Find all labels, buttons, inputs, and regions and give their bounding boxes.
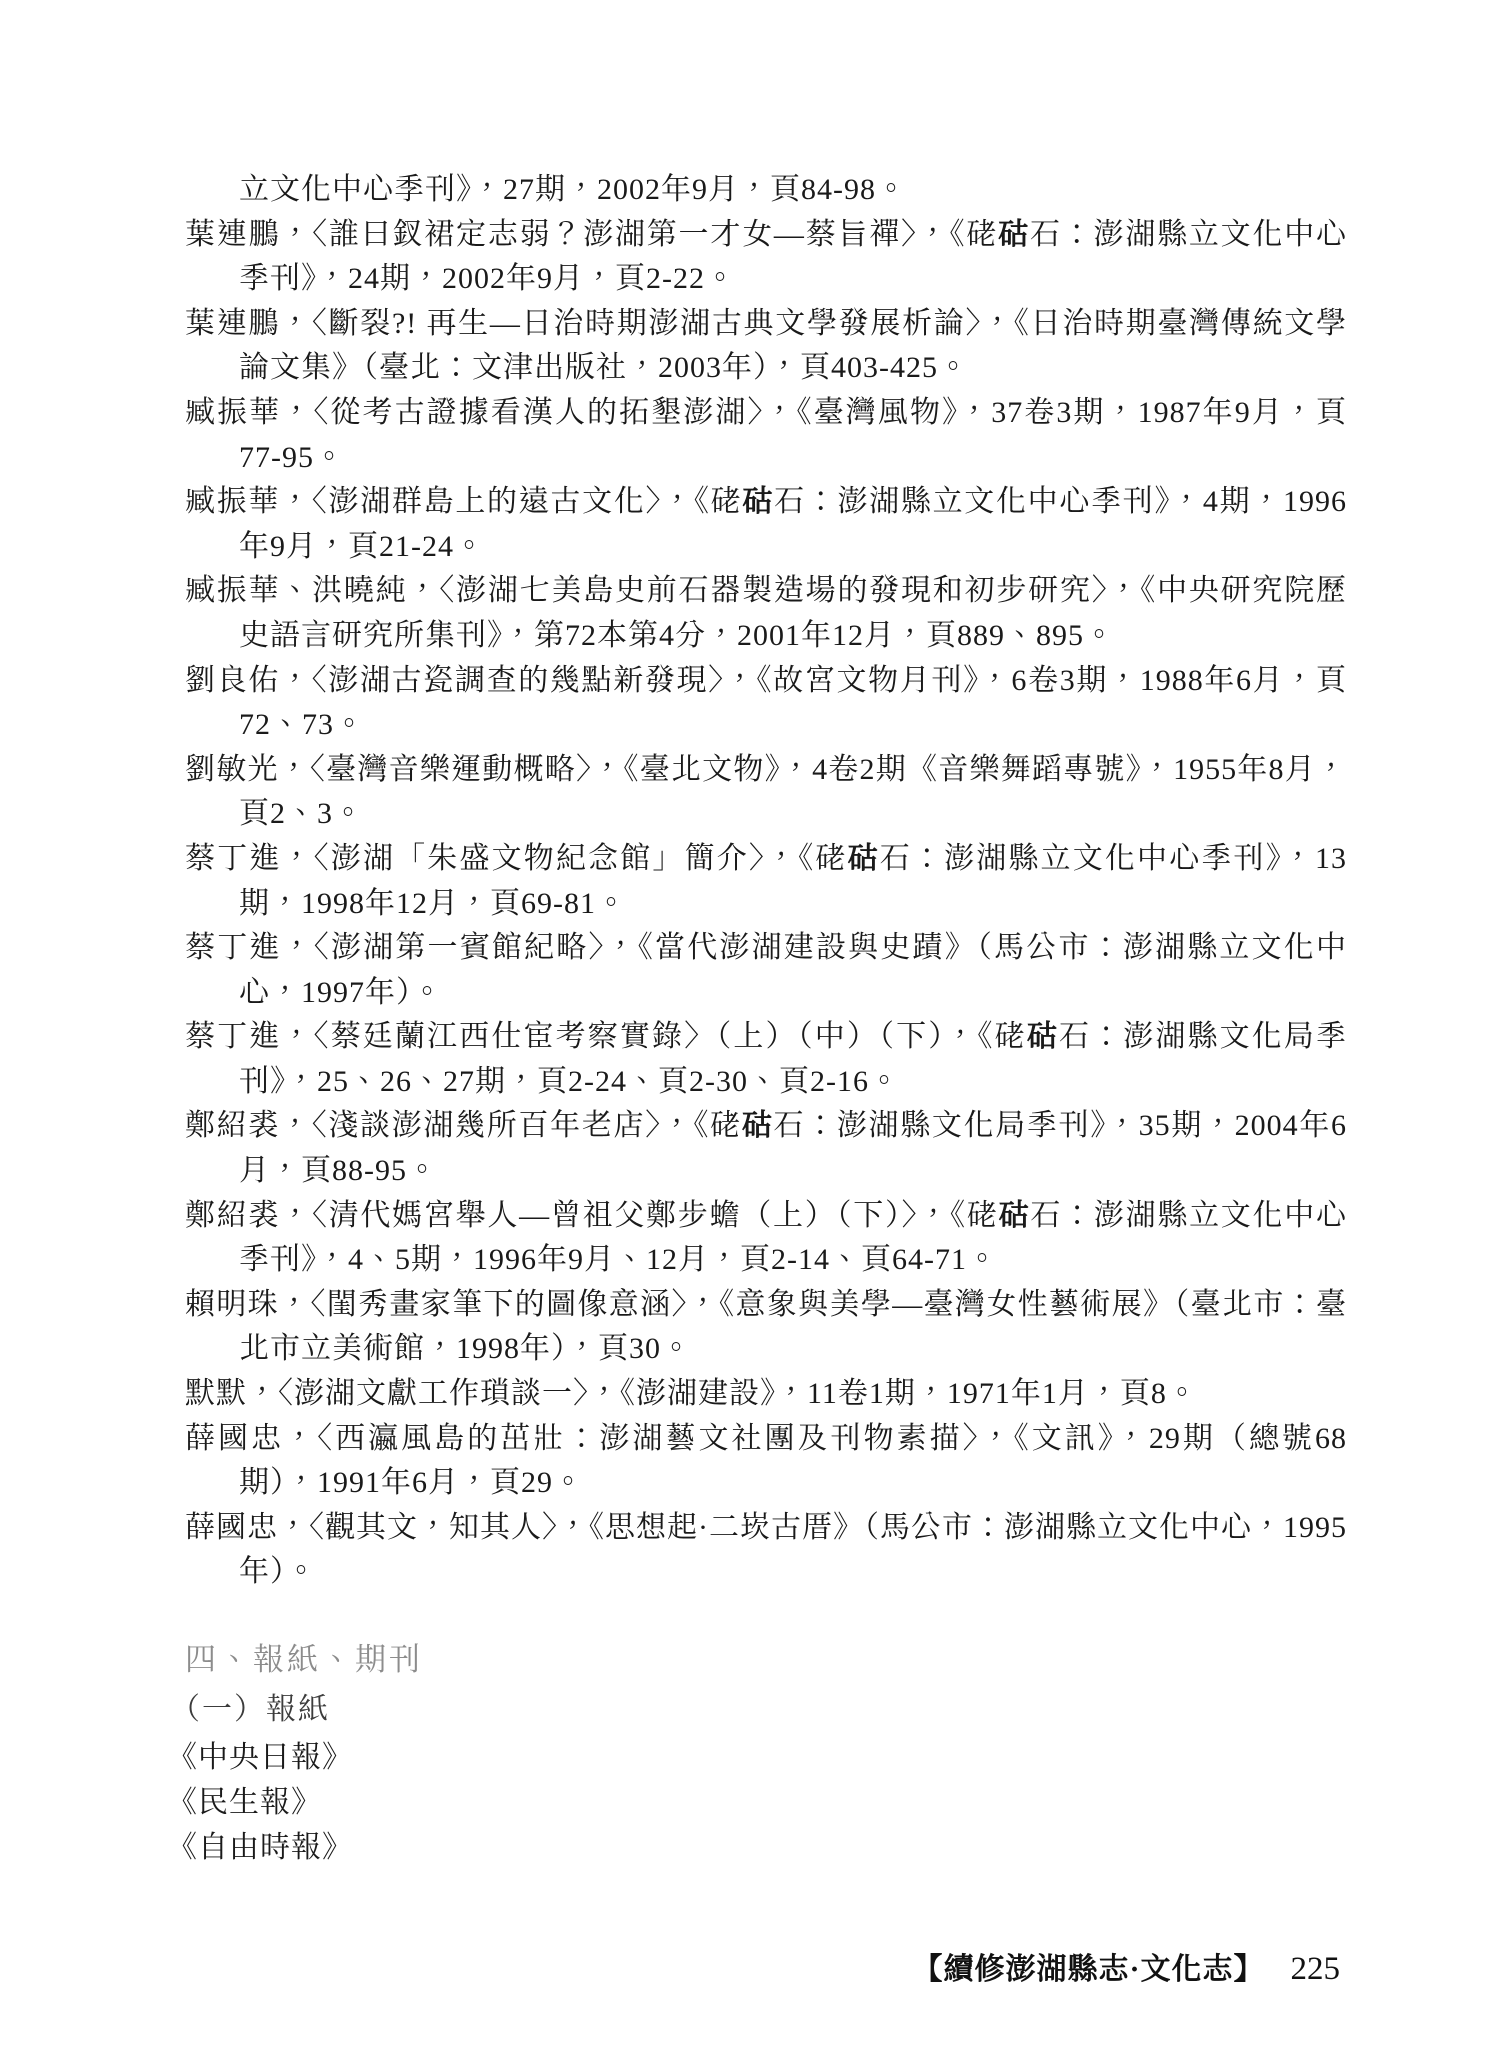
bibliography-entry: 蔡丁進，〈蔡廷蘭江西仕宦考察實錄〉（上）（中）（下），《硓𥑮石：澎湖縣文化局季刊… [185,1015,1347,1104]
bibliography-entry: 劉良佑，〈澎湖古瓷調查的幾點新發現〉，《故宮文物月刊》，6卷3期，1988年6月… [185,659,1347,748]
bibliography-entry: 鄭紹裘，〈淺談澎湖幾所百年老店〉，《硓𥑮石：澎湖縣文化局季刊》，35期，2004… [185,1104,1347,1193]
bibliography-entry: 薛國忠，〈觀其文，知其人〉，《思想起·二崁古厝》（馬公市：澎湖縣立文化中心，19… [185,1506,1347,1595]
bibliography-entry: 劉敏光，〈臺灣音樂運動概略〉，《臺北文物》，4卷2期《音樂舞蹈專號》，1955年… [185,748,1347,837]
bibliography-entry: 賴明珠，〈閨秀畫家筆下的圖像意涵〉，《意象與美學—臺灣女性藝術展》（臺北市：臺北… [185,1283,1347,1372]
bibliography-entry: 蔡丁進，〈澎湖「朱盛文物紀念館」簡介〉，《硓𥑮石：澎湖縣立文化中心季刊》，13期… [185,837,1347,926]
document-page: 立文化中心季刊》，27期，2002年9月，頁84-98。 葉連鵬，〈誰曰釵裙定志… [0,0,1500,2065]
page-footer: 【續修澎湖縣志·文化志】225 [912,1950,1340,1989]
bibliography-list: 立文化中心季刊》，27期，2002年9月，頁84-98。 葉連鵬，〈誰曰釵裙定志… [185,168,1347,1595]
bibliography-entry: 葉連鵬，〈斷裂?! 再生—日治時期澎湖古典文學發展析論〉，《日治時期臺灣傳統文學… [185,302,1347,391]
bibliography-entry: 默默，〈澎湖文獻工作瑣談一〉，《澎湖建設》，11卷1期，1971年1月，頁8。 [185,1372,1347,1417]
bibliography-entries: 葉連鵬，〈誰曰釵裙定志弱？澎湖第一才女—蔡旨禪〉，《硓𥑮石：澎湖縣立文化中心季刊… [185,213,1347,1595]
book-title: 【續修澎湖縣志·文化志】 [912,1953,1264,1986]
bibliography-entry: 薛國忠，〈西瀛風島的茁壯：澎湖藝文社團及刊物素描〉，《文訊》，29期（總號68期… [185,1417,1347,1506]
bibliography-entry: 葉連鵬，〈誰曰釵裙定志弱？澎湖第一才女—蔡旨禪〉，《硓𥑮石：澎湖縣立文化中心季刊… [185,213,1347,302]
newspaper-item: 《民生報》 [167,1781,353,1826]
newspaper-list: 《中央日報》《民生報》《自由時報》 [167,1736,353,1870]
bibliography-entry-continuation: 立文化中心季刊》，27期，2002年9月，頁84-98。 [185,168,1347,213]
section-heading-newspapers-periodicals: 四、報紙、期刊 [185,1640,423,1680]
subsection-heading-newspapers: （一）報紙 [170,1690,330,1730]
bibliography-entry: 臧振華，〈從考古證據看漢人的拓墾澎湖〉，《臺灣風物》，37卷3期，1987年9月… [185,391,1347,480]
bibliography-entry: 臧振華、洪曉純，〈澎湖七美島史前石器製造場的發現和初步研究〉，《中央研究院歷史語… [185,569,1347,658]
bibliography-entry: 臧振華，〈澎湖群島上的遠古文化〉，《硓𥑮石：澎湖縣立文化中心季刊》，4期，199… [185,480,1347,569]
newspaper-item: 《中央日報》 [167,1736,353,1781]
bibliography-entry: 鄭紹裘，〈清代媽宮舉人—曾祖父鄭步蟾（上）（下）〉，《硓𥑮石：澎湖縣立文化中心季… [185,1194,1347,1283]
page-number: 225 [1291,1951,1341,1987]
bibliography-entry: 蔡丁進，〈澎湖第一賓館紀略〉，《當代澎湖建設與史蹟》（馬公市：澎湖縣立文化中心，… [185,926,1347,1015]
newspaper-item: 《自由時報》 [167,1826,353,1871]
